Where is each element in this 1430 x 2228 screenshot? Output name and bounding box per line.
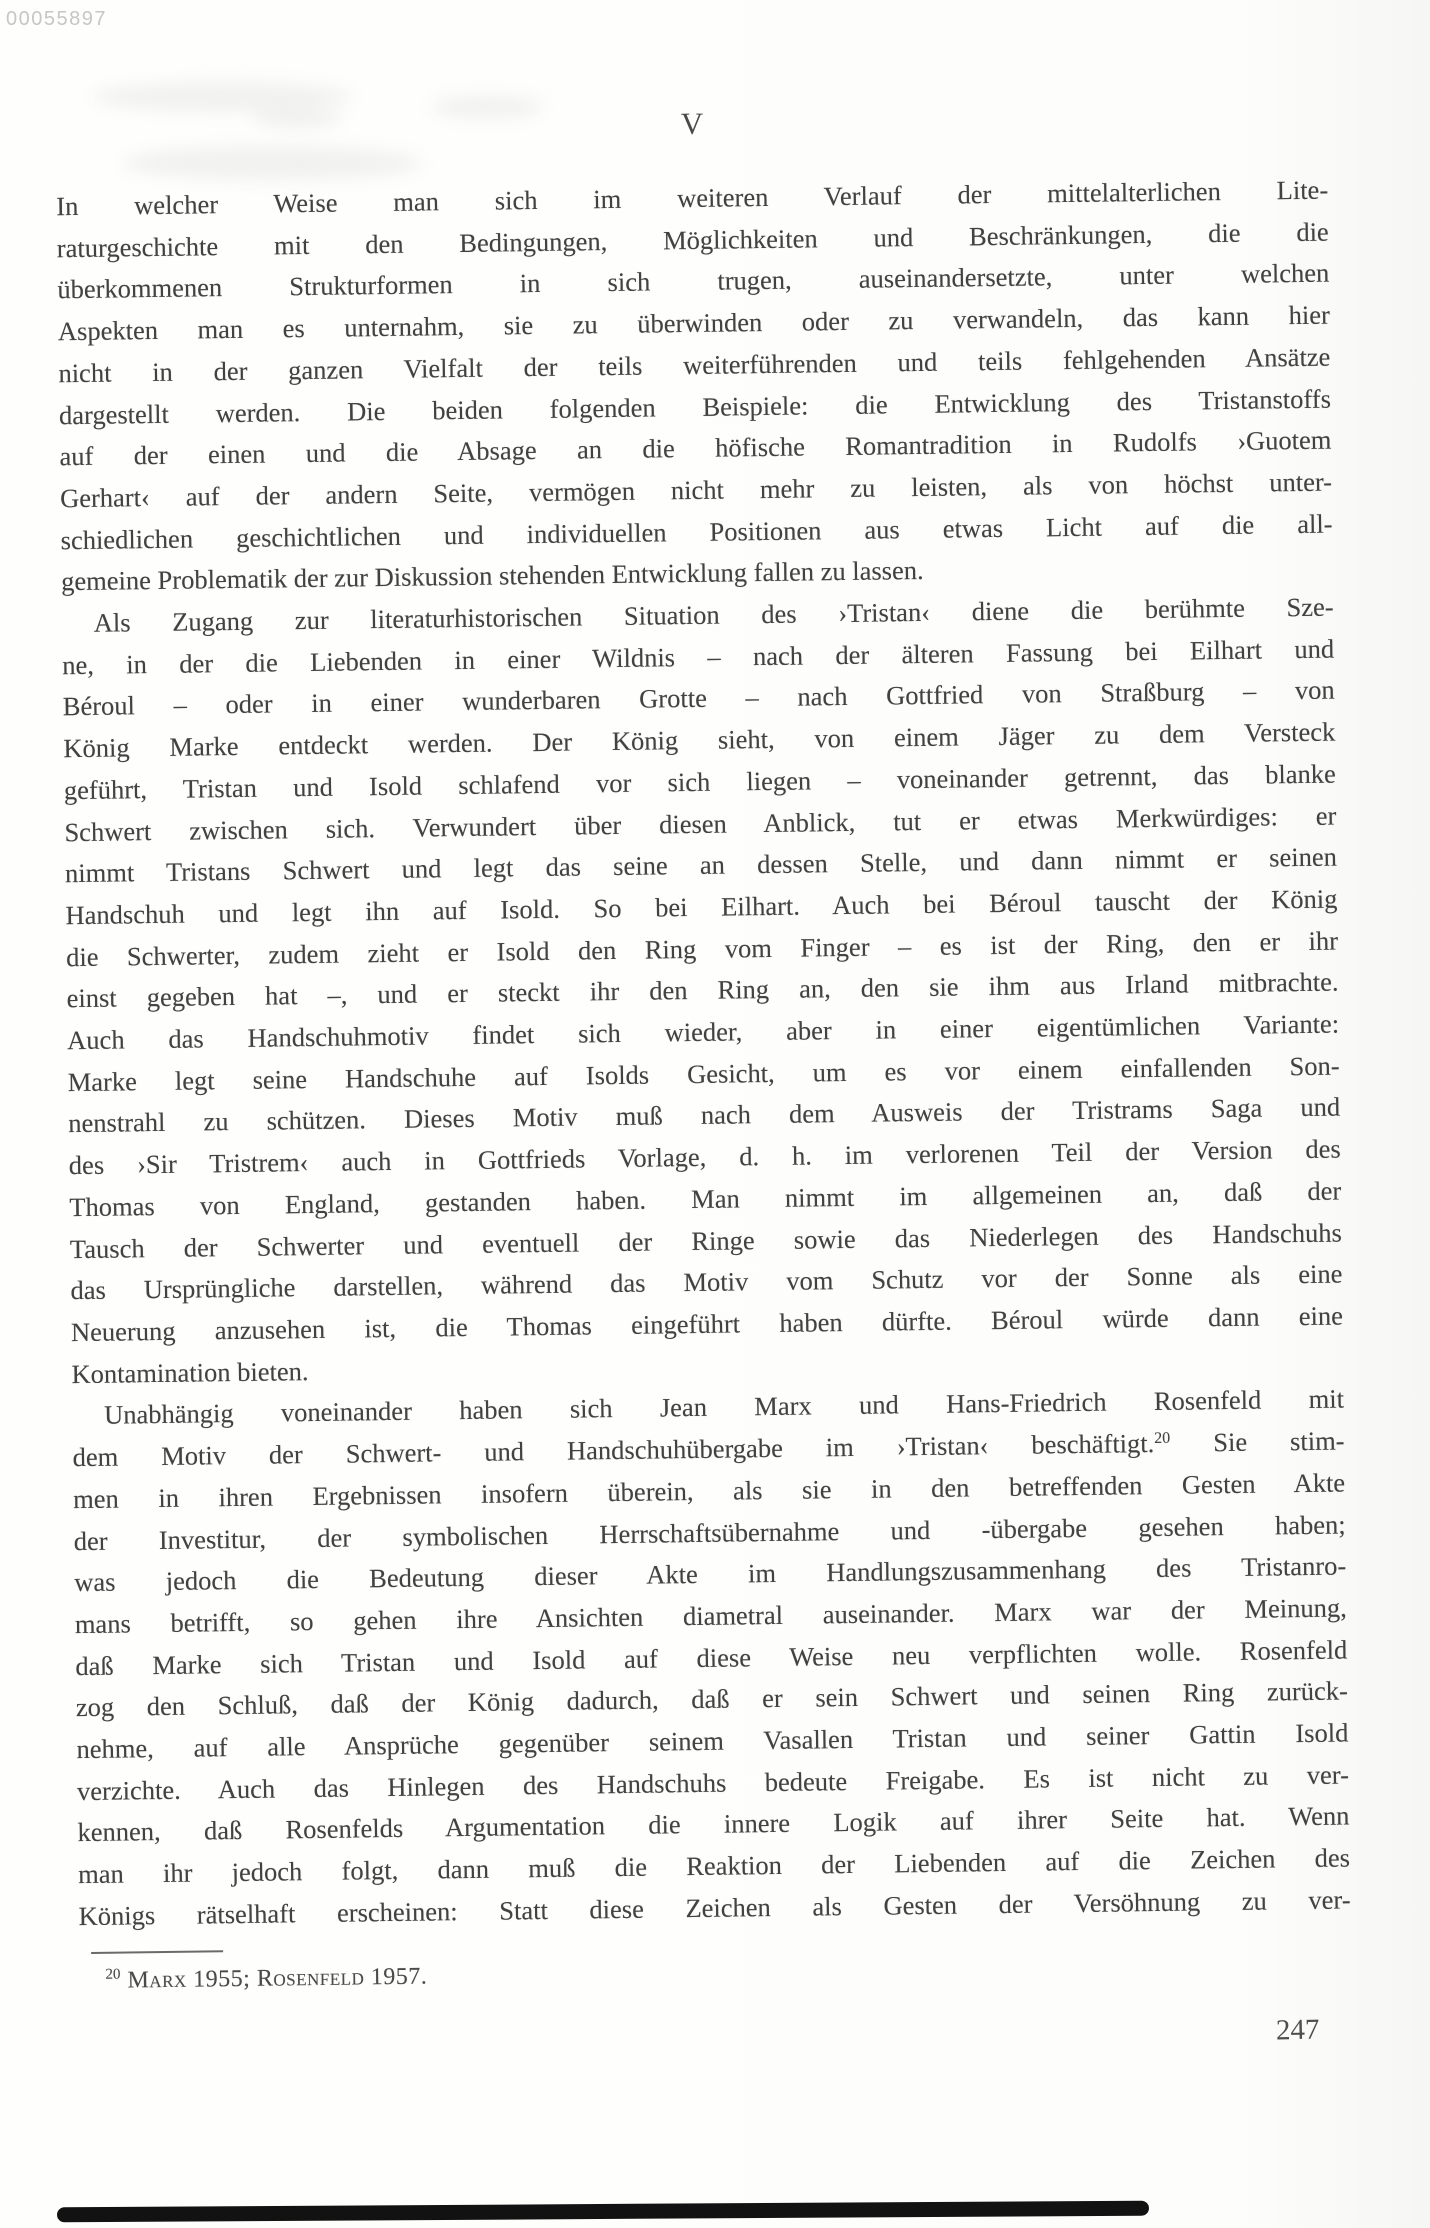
footnote-text: Marx 1955; Rosenfeld 1957.	[127, 1963, 427, 1993]
paragraph: In welcher Weise man sich im weiteren Ve…	[56, 170, 1333, 604]
bleed-through-smudge	[122, 146, 422, 180]
scanned-book-page: 00055897 V In welcher Weise man sich im …	[0, 0, 1430, 2228]
body-text: In welcher Weise man sich im weiteren Ve…	[56, 170, 1352, 2000]
footnote-separator-rule	[91, 1950, 223, 1954]
footnote-reference-mark: 20	[1154, 1430, 1170, 1447]
scan-edge-artifact-bar	[57, 2201, 1149, 2223]
text-segment: dem Motiv der Schwert- und Handschuhüber…	[72, 1428, 1154, 1472]
paragraph: Unabhängig voneinander haben sich Jean M…	[72, 1379, 1351, 1938]
page-number: 247	[1276, 2014, 1320, 2048]
scan-serial-number: 00055897	[6, 8, 107, 31]
text-segment: Sie stim-	[1170, 1426, 1345, 1458]
footnote-marker: 20	[105, 1966, 120, 1982]
section-heading: V	[56, 103, 1328, 146]
paragraph: Als Zugang zur literaturhistorischen Sit…	[61, 587, 1343, 1396]
footnote: 20Marx 1955; Rosenfeld 1957.	[105, 1945, 1351, 1999]
